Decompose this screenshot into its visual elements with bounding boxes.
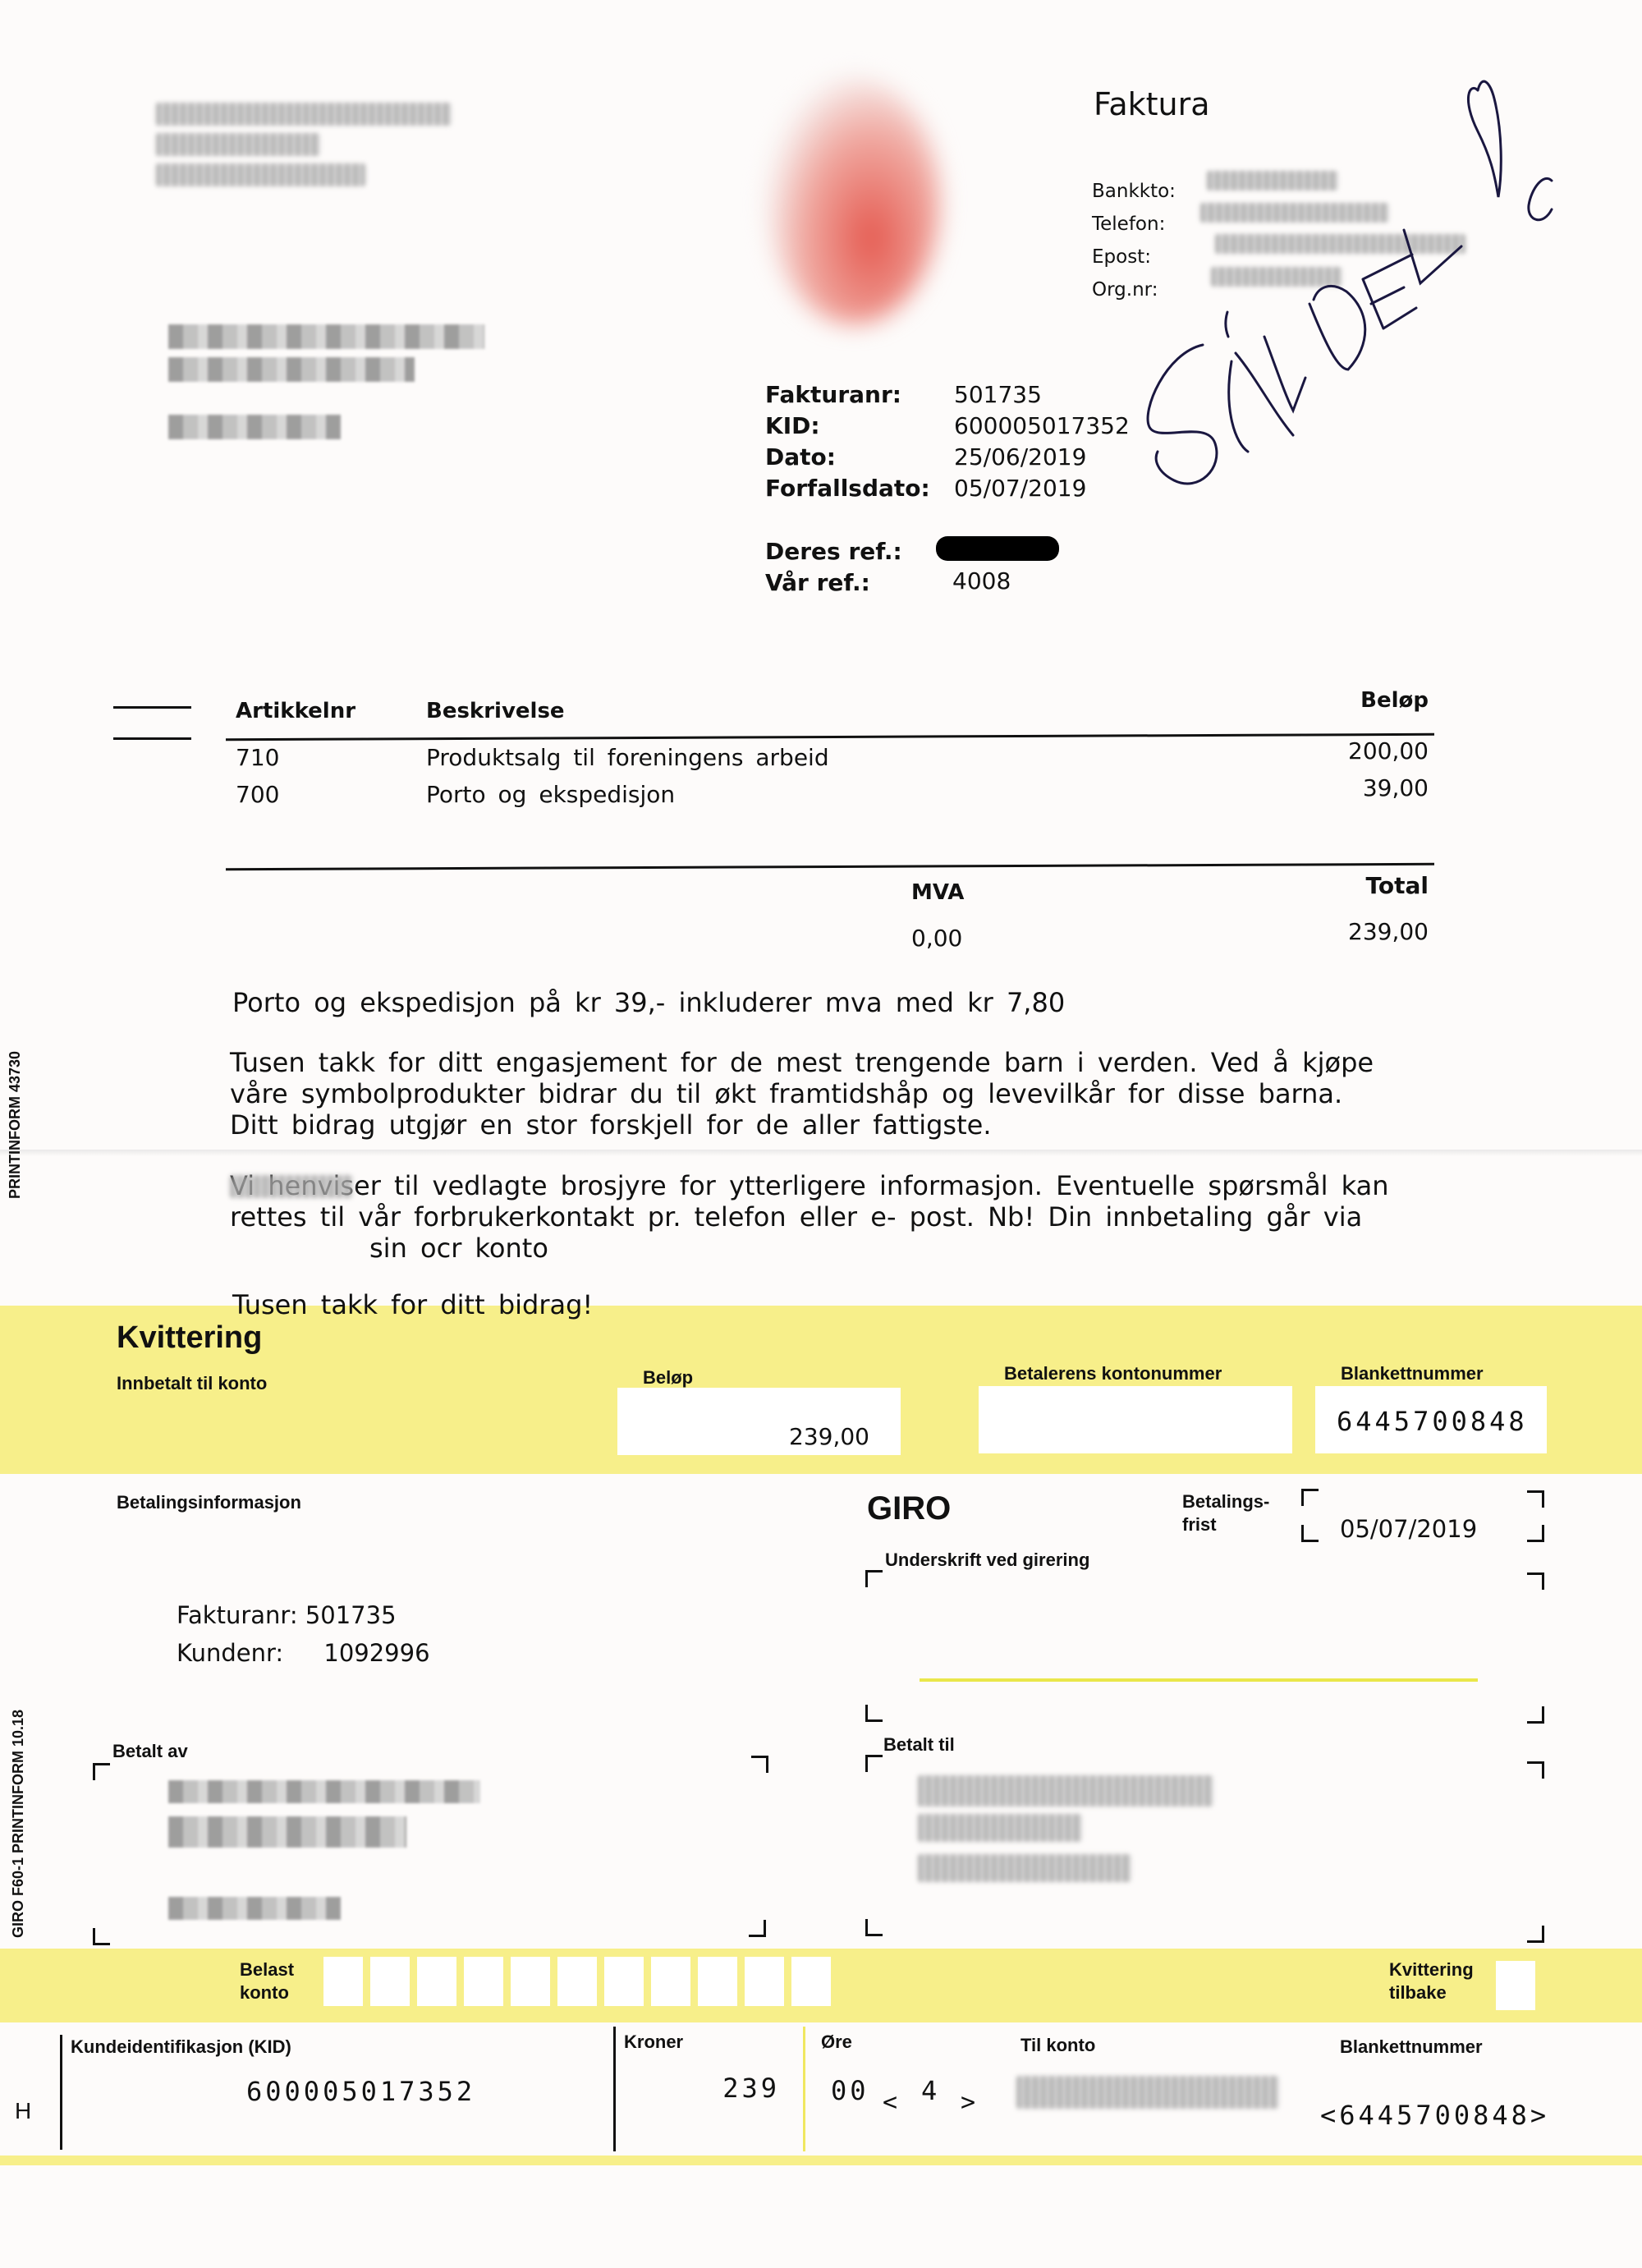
til-konto-redacted <box>1016 2076 1279 2109</box>
check-close: > <box>961 2088 979 2117</box>
mva-label: MVA <box>911 880 964 905</box>
underskrift-label: Underskrift ved girering <box>885 1549 1089 1571</box>
total-value: 239,00 <box>1264 918 1429 945</box>
bottom-blankettnummer-label: Blankettnummer <box>1340 2036 1483 2058</box>
column-header-artikkelnr: Artikkelnr <box>236 699 355 723</box>
side-print-top: PRINTINFORM 43730 <box>7 1051 24 1199</box>
belast-konto-label: Belast konto <box>240 1958 294 2004</box>
forfallsdato-label: Forfallsdato: <box>765 473 930 504</box>
kroner-value: 239 <box>673 2073 780 2104</box>
kid-divider <box>60 2035 62 2150</box>
column-header-belop: Beløp <box>1281 688 1429 713</box>
kroner-label: Kroner <box>624 2032 683 2053</box>
forfallsdato-value: 05/07/2019 <box>954 473 1130 504</box>
dato-value: 25/06/2019 <box>954 442 1130 473</box>
kvittering-title: Kvittering <box>117 1320 262 1356</box>
giro-title: GIRO <box>867 1490 951 1527</box>
kvittering-tilbake-label: Kvittering tilbake <box>1389 1958 1474 2004</box>
total-label: Total <box>1264 872 1429 899</box>
handwritten-svindel-annotation <box>1133 66 1642 690</box>
table-header-rule <box>226 733 1434 741</box>
kid-value: 600005017352 <box>954 411 1130 442</box>
ore-label: Øre <box>821 2032 852 2053</box>
var-ref-value: 4008 <box>952 567 1011 595</box>
blankettnummer-label: Blankettnummer <box>1341 1363 1484 1384</box>
kvittering-tilbake-checkbox[interactable] <box>1496 1961 1535 2010</box>
kid-label: KID: <box>765 411 930 442</box>
thanks-line: Tusen takk for ditt bidrag! <box>232 1289 593 1320</box>
ore-divider <box>803 2027 805 2151</box>
betalingsinformasjon-label: Betalingsinformasjon <box>117 1492 301 1513</box>
var-ref-label: Vår ref.: <box>765 567 902 599</box>
blankettnummer-field[interactable]: 6445700848 <box>1315 1386 1547 1453</box>
ore-value: 00 <box>831 2075 869 2106</box>
belop-field[interactable]: 239,00 <box>617 1388 901 1455</box>
totals-rule <box>226 863 1434 870</box>
til-konto-label: Til konto <box>1021 2035 1095 2056</box>
kid-label: Kundeidentifikasjon (KID) <box>71 2036 291 2058</box>
check-open: < <box>883 2088 901 2117</box>
kroner-divider <box>613 2027 616 2151</box>
paper-fold <box>0 1150 1642 1156</box>
innbetalt-til-konto-label: Innbetalt til konto <box>117 1373 267 1394</box>
deres-ref-redacted <box>936 536 1059 561</box>
side-print-bottom: GIRO F60-1 PRINTINFORM 10.18 <box>10 1710 27 1938</box>
organization-logo-redacted <box>768 78 940 324</box>
belop-label: Beløp <box>643 1367 693 1389</box>
thank-you-paragraph: Tusen takk for ditt engasjement for de m… <box>230 1047 1374 1141</box>
h-mark: H <box>15 2098 31 2124</box>
info-paragraph: Vi henviser til vedlagte brosjyre for yt… <box>230 1170 1389 1264</box>
fold-mark <box>113 706 191 709</box>
giro-fakturanr: Fakturanr: 501735 <box>177 1601 397 1629</box>
vat-note: Porto og ekspedisjon på kr 39,- inkluder… <box>232 987 1065 1018</box>
giro-kundenr: Kundenr: 1092996 <box>177 1639 430 1667</box>
kid-value: 600005017352 <box>246 2076 475 2107</box>
betalerens-kontonummer-label: Betalerens kontonummer <box>1004 1363 1222 1384</box>
mva-value: 0,00 <box>911 925 962 952</box>
signature-line <box>920 1678 1478 1682</box>
betalt-til-label: Betalt til <box>883 1734 955 1756</box>
betalt-av-label: Betalt av <box>112 1741 188 1762</box>
fakturanr-label: Fakturanr: <box>765 379 930 411</box>
bottom-blankettnummer-value: <6445700848> <box>1320 2100 1549 2131</box>
dato-label: Dato: <box>765 442 930 473</box>
fold-mark <box>113 737 191 740</box>
column-header-beskrivelse: Beskrivelse <box>426 699 565 723</box>
betalerens-kontonummer-field[interactable] <box>979 1386 1292 1453</box>
check-digit: 4 <box>921 2075 940 2106</box>
betalingsfrist-label: Betalings- frist <box>1182 1490 1269 1536</box>
deres-ref-label: Deres ref.: <box>765 536 902 567</box>
bottom-yellow-edge <box>0 2156 1642 2165</box>
fakturanr-value: 501735 <box>954 379 1130 411</box>
